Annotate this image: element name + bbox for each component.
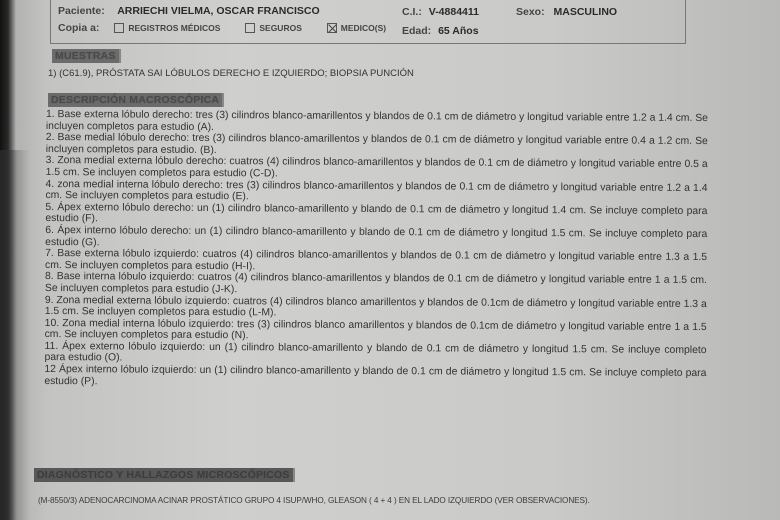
description-item: 8. Base interna lóbulo izquierdo: cuatro… bbox=[45, 271, 707, 298]
patient-row: Paciente: ARRIECHI VIELMA, OSCAR FRANCIS… bbox=[58, 5, 320, 17]
id-row: C.I.: V-4884411 bbox=[402, 6, 479, 18]
diagnosis-text: (M-8550/3) ADENOCARCINOMA ACINAR PROSTÁT… bbox=[38, 496, 590, 505]
copy-seguros-checkbox[interactable] bbox=[245, 23, 255, 33]
photo-edge-shadow-lower bbox=[0, 150, 30, 520]
id-label: C.I.: bbox=[402, 6, 422, 18]
section-title-diagnostico: DIAGNÓSTICO Y HALLAZGOS MICROSCÓPICOS bbox=[34, 468, 295, 482]
sex-value: MASCULINO bbox=[554, 6, 618, 18]
macroscopic-description: 1. Base externa lóbulo derecho: tres (3)… bbox=[44, 109, 708, 391]
copy-label: Copia a: bbox=[58, 22, 99, 34]
sex-row: Sexo: MASCULINO bbox=[516, 6, 617, 18]
section-title-macroscopica: DESCRIPCIÓN MACROSCÓPICA bbox=[48, 93, 224, 107]
copy-seguros-label: SEGUROS bbox=[259, 23, 302, 33]
description-item: 12 Ápex interno lóbulo izquierdo: un (1)… bbox=[44, 364, 706, 391]
sex-label: Sexo: bbox=[516, 6, 545, 18]
copy-registros-checkbox[interactable] bbox=[114, 23, 124, 33]
section-title-muestras: MUESTRAS bbox=[52, 49, 121, 63]
patient-label: Paciente: bbox=[58, 5, 105, 17]
patient-name: ARRIECHI VIELMA, OSCAR FRANCISCO bbox=[117, 5, 319, 17]
copy-medicos-label: MEDICO(S) bbox=[341, 23, 386, 33]
age-row: Edad: 65 Años bbox=[402, 25, 479, 37]
id-value: V-4884411 bbox=[429, 6, 479, 18]
copy-registros-label: REGISTROS MÉDICOS bbox=[128, 23, 220, 33]
age-value: 65 Años bbox=[438, 25, 478, 37]
muestra-text: 1) (C61.9), PRÓSTATA SAI LÓBULOS DERECHO… bbox=[48, 68, 414, 79]
copy-row: Copia a: REGISTROS MÉDICOS SEGUROS MEDIC… bbox=[58, 22, 408, 34]
age-label: Edad: bbox=[402, 25, 431, 37]
copy-medicos-checkbox[interactable] bbox=[327, 23, 337, 33]
description-item: 3. Zona medial externa lóbulo derecho: c… bbox=[46, 155, 708, 182]
